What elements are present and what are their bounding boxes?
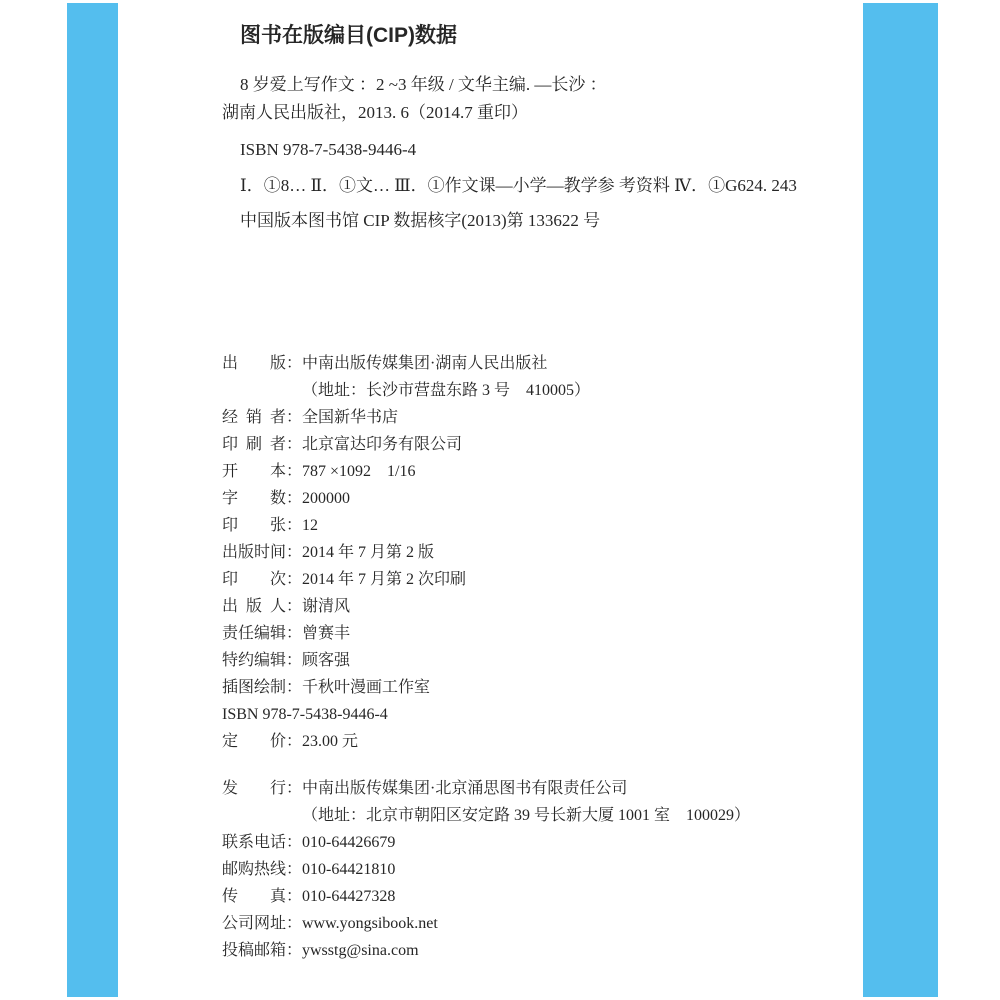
- distribution-row-mail-order: 邮购热线： 010-64421810: [222, 856, 847, 883]
- field-label: 责任编辑：: [222, 620, 302, 647]
- colophon-row-word-count: 字 数： 200000: [222, 485, 847, 512]
- copyright-page: 图书在版编目(CIP)数据 8 岁爱上写作文 ：2 ~3 年级 / 文华主编. …: [118, 3, 863, 997]
- field-value: 曾赛丰: [302, 620, 847, 647]
- cip-description: 8 岁爱上写作文 ：2 ~3 年级 / 文华主编. —长沙 ： 湖南人民出版社，…: [222, 71, 847, 127]
- cip-isbn: ISBN 978-7-5438-9446-4: [240, 136, 847, 164]
- field-value: 010-64421810: [302, 856, 847, 883]
- cip-classification-line2: 考资料 Ⅳ．①G624. 243: [619, 176, 797, 195]
- colophon-row-special-editor: 特约编辑： 顾客强: [222, 647, 847, 674]
- distribution-row-phone: 联系电话： 010-64426679: [222, 829, 847, 856]
- field-label: 特约编辑：: [222, 647, 302, 674]
- field-label: 发 行：: [222, 775, 302, 802]
- field-value: 23.00 元: [302, 728, 847, 755]
- field-label: 公司网址：: [222, 910, 302, 937]
- book-cover-left-edge: [67, 3, 118, 997]
- colophon-row-format: 开 本： 787 ×1092 1/16: [222, 458, 847, 485]
- distribution-row-address: （地址：北京市朝阳区安定路 39 号长新大厦 1001 室 100029）: [222, 802, 847, 829]
- field-label: 邮购热线：: [222, 856, 302, 883]
- field-label: 出 版 人：: [222, 593, 302, 620]
- field-label: 字 数：: [222, 485, 302, 512]
- field-value: 千秋叶漫画工作室: [302, 674, 847, 701]
- distribution-row-website: 公司网址： www.yongsibook.net: [222, 910, 847, 937]
- field-value: （地址：北京市朝阳区安定路 39 号长新大厦 1001 室 100029）: [222, 802, 847, 829]
- field-value: 北京富达印务有限公司: [302, 431, 847, 458]
- field-value: ywsstg@sina.com: [302, 937, 847, 964]
- colophon-row-publish-date: 出版时间： 2014 年 7 月第 2 版: [222, 539, 847, 566]
- colophon-row-publisher: 出 版： 中南出版传媒集团·湖南人民出版社: [222, 350, 847, 377]
- field-value: 010-64427328: [302, 883, 847, 910]
- field-label: 经 销 者：: [222, 404, 302, 431]
- field-value: 中南出版传媒集团·北京涌思图书有限责任公司: [302, 775, 847, 802]
- colophon-row-editor: 责任编辑： 曾赛丰: [222, 620, 847, 647]
- colophon-row-distributor: 经 销 者： 全国新华书店: [222, 404, 847, 431]
- field-label: 插图绘制：: [222, 674, 302, 701]
- cip-classification: Ⅰ．①8… Ⅱ．①文… Ⅲ．①作文课—小学—教学参 考资料 Ⅳ．①G624. 2…: [222, 172, 847, 200]
- cip-record-number: 中国版本图书馆 CIP 数据核字(2013)第 133622 号: [240, 207, 847, 235]
- book-copyright-page-photo: 图书在版编目(CIP)数据 8 岁爱上写作文 ：2 ~3 年级 / 文华主编. …: [0, 0, 1000, 1000]
- field-label: 印 张：: [222, 512, 302, 539]
- cip-description-line2: 湖南人民出版社，2013. 6（2014.7 重印）: [222, 99, 847, 127]
- field-value: ISBN 978-7-5438-9446-4: [222, 701, 847, 728]
- colophon-row-sheets: 印 张： 12: [222, 512, 847, 539]
- field-label: 投稿邮箱：: [222, 937, 302, 964]
- field-label: 联系电话：: [222, 829, 302, 856]
- distribution-row-submission-email: 投稿邮箱： ywsstg@sina.com: [222, 937, 847, 964]
- distribution-block: 发 行： 中南出版传媒集团·北京涌思图书有限责任公司 （地址：北京市朝阳区安定路…: [222, 775, 847, 964]
- field-value: 谢清风: [302, 593, 847, 620]
- field-label: 传 真：: [222, 883, 302, 910]
- field-value: 12: [302, 512, 847, 539]
- colophon-block: 出 版： 中南出版传媒集团·湖南人民出版社 （地址：长沙市营盘东路 3 号 41…: [222, 350, 847, 755]
- field-label: 开 本：: [222, 458, 302, 485]
- distribution-row-fax: 传 真： 010-64427328: [222, 883, 847, 910]
- field-value: 787 ×1092 1/16: [302, 458, 847, 485]
- field-label: 出版时间：: [222, 539, 302, 566]
- colophon-row-publisher-address: （地址：长沙市营盘东路 3 号 410005）: [222, 377, 847, 404]
- field-value: 顾客强: [302, 647, 847, 674]
- field-value: 2014 年 7 月第 2 次印刷: [302, 566, 847, 593]
- field-value: 中南出版传媒集团·湖南人民出版社: [302, 350, 847, 377]
- colophon-row-publisher-person: 出 版 人： 谢清风: [222, 593, 847, 620]
- field-value: 全国新华书店: [302, 404, 847, 431]
- book-cover-right-edge: [863, 3, 938, 997]
- field-value: 010-64426679: [302, 829, 847, 856]
- cip-header: 图书在版编目(CIP)数据: [240, 23, 847, 49]
- field-label: 印 刷 者：: [222, 431, 302, 458]
- colophon-row-illustration: 插图绘制： 千秋叶漫画工作室: [222, 674, 847, 701]
- field-value: （地址：长沙市营盘东路 3 号 410005）: [222, 377, 847, 404]
- field-label: 印 次：: [222, 566, 302, 593]
- colophon-row-print-run: 印 次： 2014 年 7 月第 2 次印刷: [222, 566, 847, 593]
- field-label: 定 价：: [222, 728, 302, 755]
- colophon-row-printer: 印 刷 者： 北京富达印务有限公司: [222, 431, 847, 458]
- field-value: www.yongsibook.net: [302, 910, 847, 937]
- cip-classification-line1: Ⅰ．①8… Ⅱ．①文… Ⅲ．①作文课—小学—教学参: [222, 176, 615, 195]
- colophon-row-price: 定 价： 23.00 元: [222, 728, 847, 755]
- field-value: 2014 年 7 月第 2 版: [302, 539, 847, 566]
- field-label: 出 版：: [222, 350, 302, 377]
- field-value: 200000: [302, 485, 847, 512]
- cip-description-line1: 8 岁爱上写作文 ：2 ~3 年级 / 文华主编. —长沙 ：: [222, 71, 847, 99]
- colophon-row-isbn: ISBN 978-7-5438-9446-4: [222, 701, 847, 728]
- distribution-row-distributor: 发 行： 中南出版传媒集团·北京涌思图书有限责任公司: [222, 775, 847, 802]
